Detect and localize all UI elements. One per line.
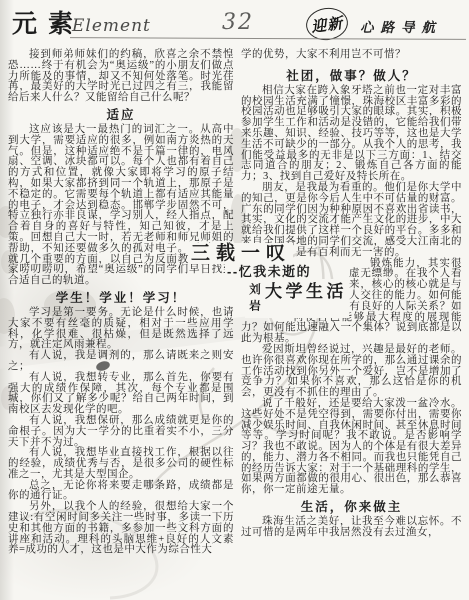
feature-title-spacer bbox=[241, 301, 293, 313]
paragraph: 说了千般好，还是要给大家泼一盆冷水。这些好处不是凭空得到，需要你付出，需要你减少… bbox=[241, 399, 462, 496]
page-header: 元素 Element 32 迎新 心路导航 bbox=[0, 0, 469, 46]
paragraph: 朋友，是我最为看重的。他们是你大学中的知己，更是你今后人生中不可估量的财富。广东… bbox=[241, 183, 462, 259]
yingxin-stamp-icon: 迎新 bbox=[304, 5, 350, 43]
feature-title-sub: 大学生活 bbox=[265, 282, 347, 301]
page-number: 32 bbox=[222, 10, 254, 35]
paragraph: 总之，无论你将来要走哪条路，成绩都是你的通行证。 bbox=[8, 481, 234, 503]
paragraph: 爱因斯坦曾经说过，兴趣是最好的老师。也许你很喜欢你现在所学的，那么通过课余的工作… bbox=[241, 345, 462, 399]
magazine-logo-en: Element bbox=[72, 16, 151, 36]
paragraph: 学习是第一要务。无论是什么时候，也请大家不要有丝毫的质疑，相对于一些应用学科，化… bbox=[8, 308, 234, 351]
section-heading-study: 学生！学业！学习！ bbox=[8, 291, 234, 305]
magazine-page: 元素 Element 32 迎新 心路导航 接到师弟师妹们的约稿，欣喜之余不禁惶… bbox=[0, 0, 469, 600]
paragraph: 有人说，我想保研，那么成绩就更是你的命根子。因为大一学分的比重着实不小，三分天下… bbox=[8, 416, 234, 448]
section-heading-life: 生活，你来做主 bbox=[241, 500, 462, 514]
paragraph: 学的优势，大家不利用岂不可惜？ bbox=[241, 50, 462, 61]
right-column: 学的优势，大家不利用岂不可惜？ 社团，做事？做人？ 相信大家在跨入象牙塔之前也一… bbox=[241, 50, 462, 539]
section-heading-adapt: 适应 bbox=[8, 108, 234, 122]
feature-title-dash: --忆我未逝的 bbox=[225, 264, 313, 279]
header-rule bbox=[70, 37, 466, 40]
paragraph: 这应该是大一最热门的词汇之一。从高中到大学，需要适应的很多，例如南方炎热的天气。… bbox=[8, 125, 234, 287]
column-title: 心路导航 bbox=[360, 16, 442, 36]
paragraph: 有人说，我想转专业，那么首先，你要有强大的成绩作保障，其次，每个专业都是围城，你… bbox=[8, 373, 234, 416]
left-column: 接到师弟师妹们的约稿，欣喜之余不禁惶恐……终于有机会为“奥运级”的小朋友们做点力… bbox=[8, 50, 234, 556]
paragraph: 接到师弟师妹们的约稿，欣喜之余不禁惶恐……终于有机会为“奥运级”的小朋友们做点力… bbox=[8, 50, 234, 104]
paragraph: 相信大家在跨入象牙塔之前也一定对丰富的校园生活充满了憧憬，珠海校区丰富多彩的校园… bbox=[241, 86, 462, 183]
paragraph: 有人说，我是调剂的，那么请既来之则安之； bbox=[8, 351, 234, 373]
feature-title-block: 三载一叹 --忆我未逝的 刘岩 大学生活 bbox=[241, 259, 341, 301]
paragraph: 珠海生活之美好，让我至今难以忘怀。不过可惜的是两年中我居然没有去过渔女， bbox=[241, 517, 462, 539]
paragraph: 有人说，我想毕业直接找工作，根据以往的经验，成绩优秀与否，是很多公司的硬性标准之… bbox=[8, 448, 234, 480]
paragraph: 另外，以我个人的经验，很想给大家一个建议:有空闲时间多关注一些时事，多读一下历史… bbox=[8, 502, 234, 556]
section-heading-club: 社团，做事？做人？ bbox=[241, 69, 462, 83]
